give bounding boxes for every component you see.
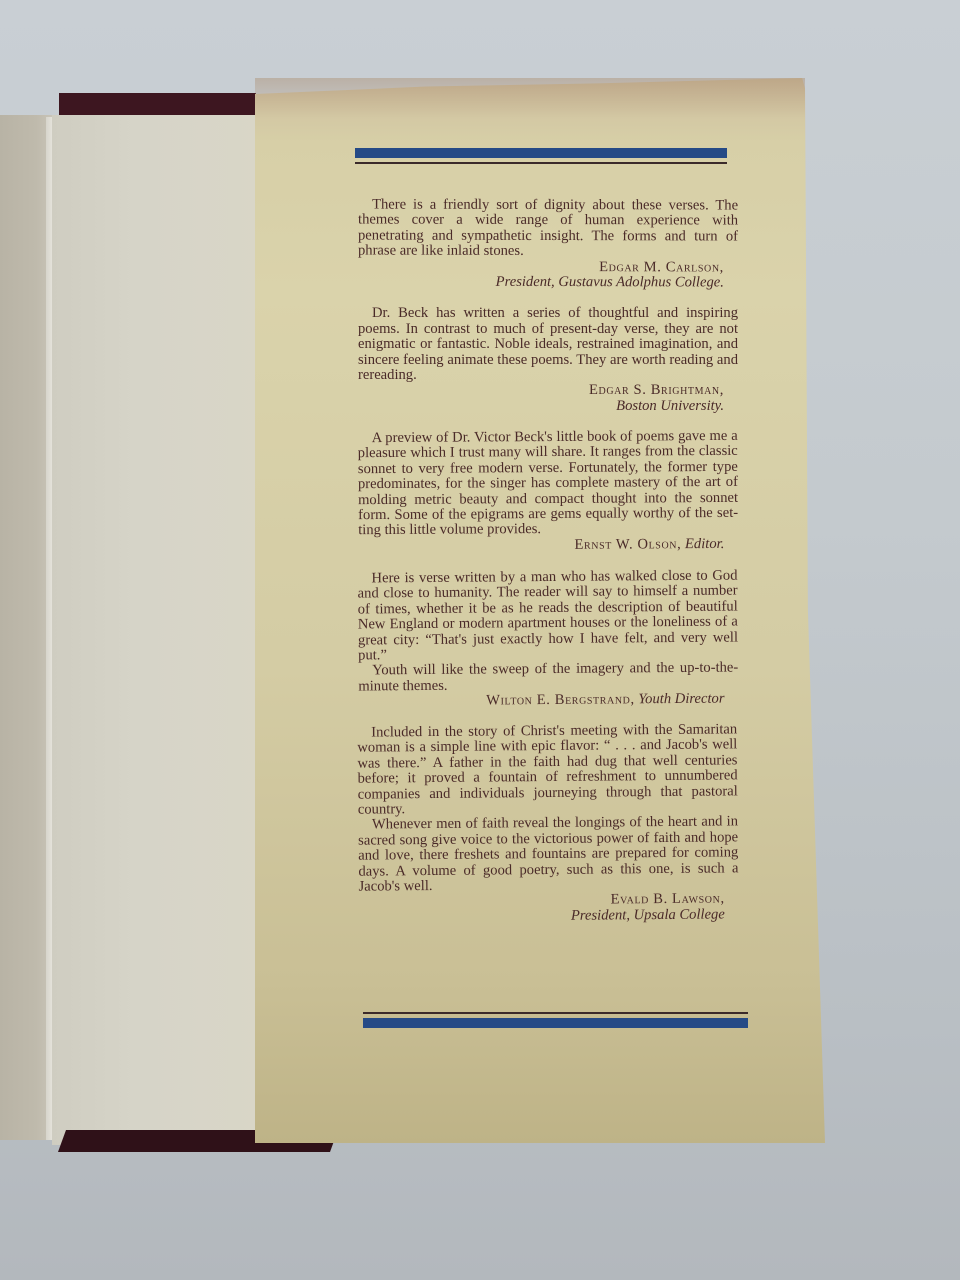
endorser-name: Edgar S. Brightman,	[589, 382, 724, 398]
endorsement: Dr. Beck has written a series of thought…	[358, 306, 738, 414]
photo-scene: There is a friendly sort of dignity abou…	[0, 0, 960, 1280]
book-back-cover	[0, 115, 52, 1140]
jacket-top-wear	[255, 78, 805, 118]
decorative-rule-top	[355, 148, 727, 164]
endorsement-text: Here is verse written by a man who has w…	[357, 568, 738, 663]
endorsement: There is a friendly sort of dignity abou…	[358, 198, 738, 291]
endorser-role: President, Gustavus Adolphus College.	[496, 274, 724, 291]
endorsement-text: Included in the story of Christ's meetin…	[357, 723, 738, 819]
endorsements: There is a friendly sort of dignity abou…	[358, 198, 738, 940]
signature-role: Boston University.	[358, 399, 724, 414]
endorsement-text: Whenever men of faith reveal the longing…	[358, 815, 739, 895]
thin-rule	[355, 162, 727, 164]
signature-role: President, Gustavus Adolphus College.	[358, 275, 724, 291]
endorsement-text: Dr. Beck has written a series of thought…	[358, 306, 738, 383]
endorsement: A preview of Dr. Victor Beck's little bo…	[358, 429, 739, 555]
endorser-role: Youth Director	[638, 690, 724, 707]
endorser-role: Editor.	[685, 536, 724, 552]
endorser-role: Boston University.	[616, 398, 724, 414]
endorsement: Here is verse written by a man who has w…	[357, 568, 738, 710]
endorsement-text: There is a friendly sort of dignity abou…	[358, 198, 738, 261]
signature: Ernst W. Olson, Editor.	[358, 537, 724, 555]
signature-role: President, Upsala College	[359, 908, 725, 927]
endorser-name: Edgar M. Carlson,	[599, 259, 724, 275]
endorsement-text: A preview of Dr. Victor Beck's little bo…	[358, 429, 739, 539]
maroon-cloth-strip-top	[59, 93, 256, 115]
endpaper	[52, 115, 262, 1145]
decorative-rule-bottom	[363, 1012, 748, 1028]
endorsement: Included in the story of Christ's meetin…	[357, 723, 739, 927]
signature: Edgar S. Brightman,	[358, 383, 724, 398]
endorser-name: Wilton E. Bergstrand,	[486, 691, 635, 708]
endorser-role: President, Upsala College	[571, 907, 725, 924]
endorsement-text: Youth will like the sweep of the imagery…	[358, 660, 738, 694]
blue-rule	[363, 1018, 748, 1028]
endorser-name: Ernst W. Olson,	[574, 536, 681, 553]
blue-rule	[355, 148, 727, 158]
